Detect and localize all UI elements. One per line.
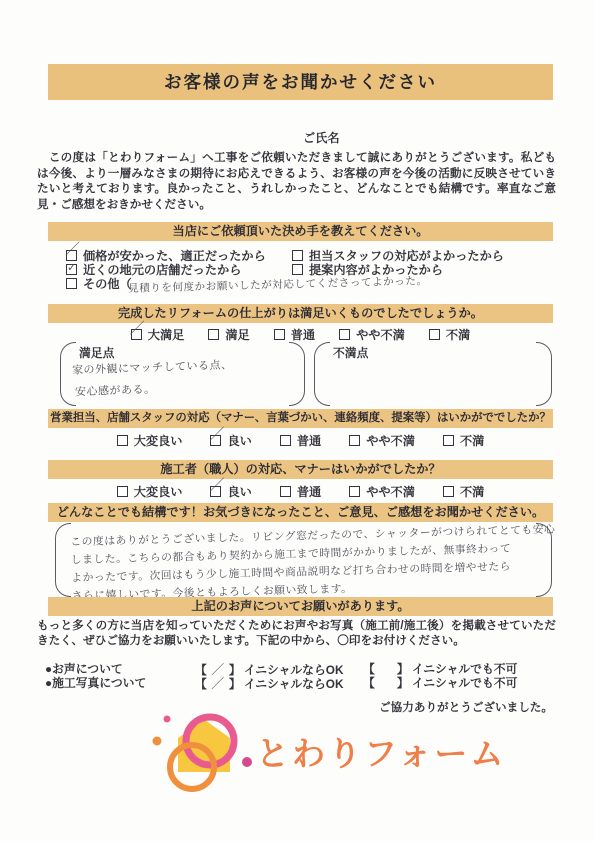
- satisfaction-points-label: 満足点: [79, 344, 114, 361]
- checkbox-icon: [131, 329, 142, 340]
- option-yayafuman: やや不満: [339, 326, 405, 343]
- worker-options-row: 大変良い 良い 普通 やや不満 不満: [48, 483, 553, 500]
- checkbox-icon: [292, 264, 303, 275]
- checkbox-icon: [208, 329, 219, 340]
- option-fuman: 不満: [429, 326, 470, 343]
- checkbox-icon: [443, 435, 454, 446]
- intro-paragraph: この度は「とわりフォーム」へ工事をご依頼いただきまして誠にありがとうございます。…: [37, 150, 556, 212]
- request-paragraph: もっと多くの方に当店を知っていただくためにお声やお写真（施工前/施工後）を掲載さ…: [37, 618, 556, 648]
- checkbox-icon: [349, 435, 360, 446]
- checkbox-icon: [280, 486, 291, 497]
- checkbox-other: その他（: [66, 275, 132, 292]
- row-label: ●施工写真について: [45, 674, 183, 691]
- section-header-comments: どんなことでも結構です！お気づきになったこと、ご意見、ご感想をお聞かせください。: [48, 503, 553, 522]
- checkbox-icon: [117, 486, 128, 497]
- dissatisfaction-points-label: 不満点: [333, 344, 368, 361]
- satisfaction-points-box: 満足点 家の外観にマッチしている点、 安心感がある。: [60, 342, 305, 406]
- dissatisfaction-points-box: 不満点: [314, 342, 552, 406]
- form-title: お客様の声をお聞かせください: [48, 64, 553, 100]
- checkbox-icon: [210, 486, 221, 497]
- customer-feedback-form: お客様の声をお聞かせください ご氏名 この度は「とわりフォーム」へ工事をご依頼い…: [0, 0, 595, 841]
- checkbox-icon: [66, 250, 77, 261]
- checkbox-icon: [443, 486, 454, 497]
- company-logo: とわりフォーム: [150, 712, 470, 797]
- handwritten-satisfaction-2: 安心感がある。: [75, 381, 156, 400]
- option-futsuu: 普通: [274, 326, 315, 343]
- section-header-satisfaction: 完成したリフォームの仕上がりは満足いくものでしたでしょうか。: [48, 304, 553, 323]
- ng-label: イニシャルでも不可: [412, 676, 517, 690]
- comments-box: この度はありがとうございました。リビング窓だったので、シャッターがつけられてとて…: [55, 523, 552, 597]
- name-field-label: ご氏名: [303, 129, 340, 146]
- section-header-staff: 営業担当、店舗スタッフの対応（マナー、言葉づかい、連絡頻度、提案等）はいかがでで…: [48, 409, 553, 428]
- checkbox-icon: [210, 435, 221, 446]
- checkbox-icon: [339, 329, 350, 340]
- option-daimanzoku: 大満足: [131, 326, 185, 343]
- handwritten-ok-mark: ／: [207, 673, 229, 692]
- photo-permission-row: ●施工写真について 【／】 イニシャルならOK 【】 イニシャルでも不可: [45, 673, 517, 692]
- checkbox-icon: [66, 278, 77, 289]
- option-manzoku: 満足: [208, 326, 249, 343]
- checkbox-icon: [117, 435, 128, 446]
- checkbox-icon: [274, 329, 285, 340]
- ok-label: イニシャルならOK: [244, 677, 344, 691]
- checkbox-icon: [429, 329, 440, 340]
- company-logo-text: とわりフォーム: [256, 728, 506, 775]
- section-header-worker: 施工者（職人）の対応、マナーはいかがでしたか？: [48, 460, 553, 479]
- section-header-decision: 当店にご依頼頂いた決め手を教えてください。: [48, 222, 553, 241]
- checkbox-label: その他（: [83, 275, 132, 292]
- satisfaction-options-row: 大満足 満足 普通 やや不満 不満: [48, 326, 553, 343]
- checkbox-icon: [280, 435, 291, 446]
- section-header-request: 上記のお声についてお願いがあります。: [48, 597, 553, 616]
- towa-reform-logo-icon: [150, 712, 255, 797]
- checkbox-icon: [66, 264, 77, 275]
- staff-options-row: 大変良い 良い 普通 やや不満 不満: [48, 432, 553, 449]
- handwritten-comments: この度はありがとうございました。リビング窓だったので、シャッターがつけられてとて…: [70, 521, 557, 606]
- checkbox-icon: [349, 486, 360, 497]
- checkbox-icon: [292, 250, 303, 261]
